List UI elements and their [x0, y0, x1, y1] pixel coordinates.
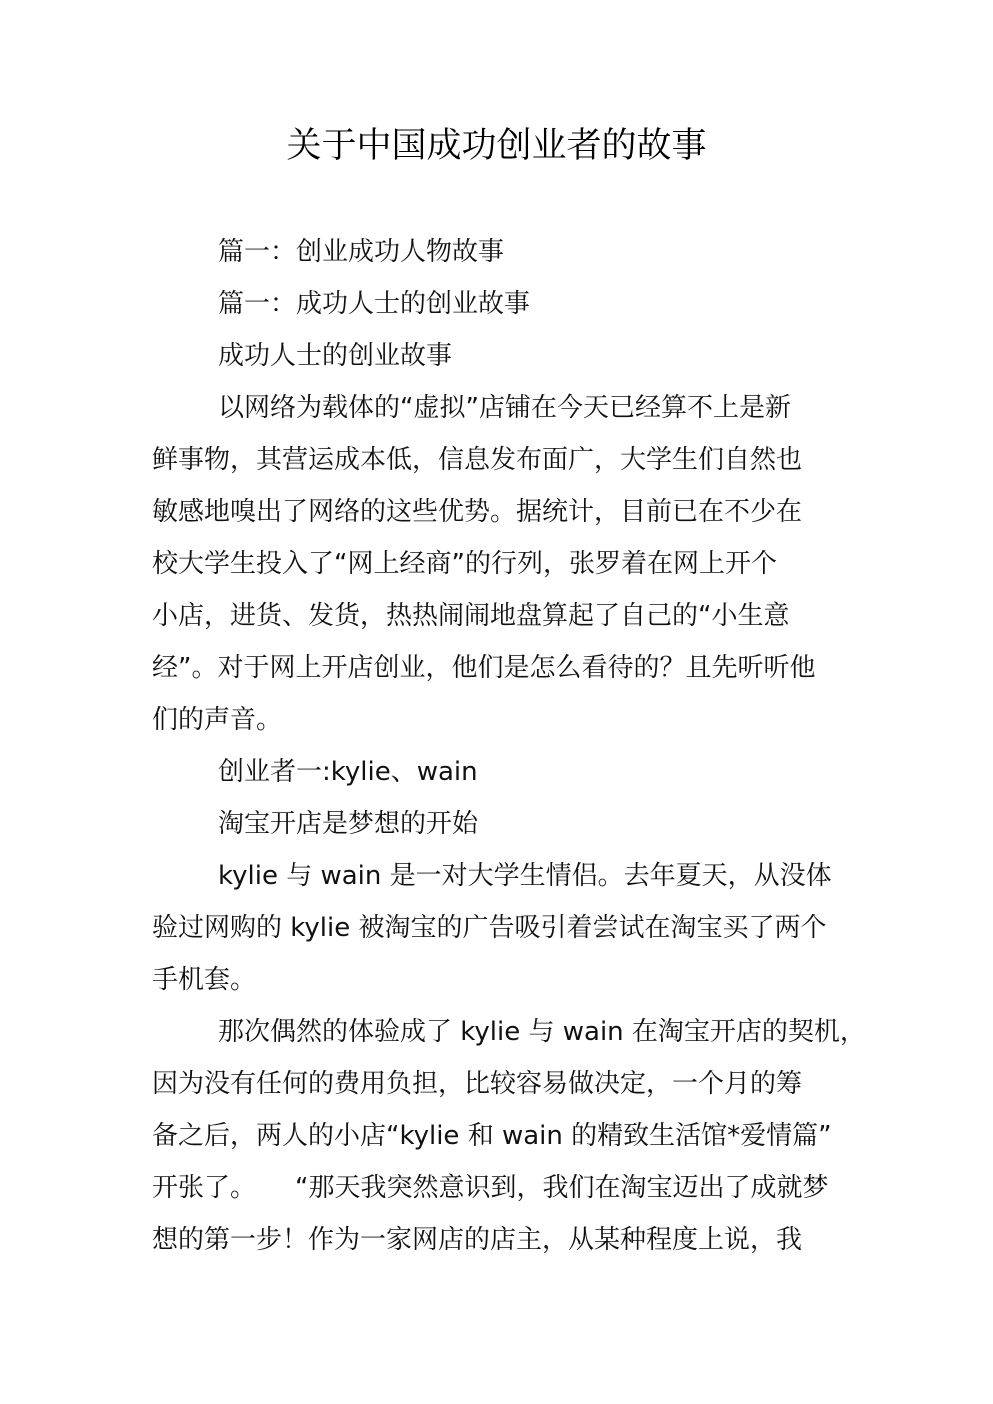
section-heading: 篇一：成功人士的创业故事 — [152, 278, 852, 330]
paragraph-line: 敏感地嗅出了网络的这些优势。据统计，目前已在不少在 — [152, 486, 852, 538]
section-subheading: 成功人士的创业故事 — [152, 330, 852, 382]
paragraph-line: 经”。对于网上开店创业，他们是怎么看待的？且先听听他 — [152, 642, 852, 694]
paragraph-line: 手机套。 — [152, 954, 852, 1006]
paragraph-line: 验过网购的 kylie 被淘宝的广告吸引着尝试在淘宝买了两个 — [152, 902, 852, 954]
paragraph-line: 那次偶然的体验成了 kylie 与 wain 在淘宝开店的契机， — [152, 1006, 852, 1058]
paragraph-line: 备之后，两人的小店“kylie 和 wain 的精致生活馆*爱情篇” — [152, 1110, 852, 1162]
paragraph-line: 们的声音。 — [152, 694, 852, 746]
paragraph-line: 开张了。 “那天我突然意识到，我们在淘宝迈出了成就梦 — [152, 1162, 852, 1214]
paragraph-line: 因为没有任何的费用负担，比较容易做决定，一个月的筹 — [152, 1058, 852, 1110]
paragraph-line: kylie 与 wain 是一对大学生情侣。去年夏天，从没体 — [152, 850, 852, 902]
document-title: 关于中国成功创业者的故事 — [0, 122, 993, 170]
document-body: 篇一：创业成功人物故事 篇一：成功人士的创业故事 成功人士的创业故事 以网络为载… — [152, 226, 852, 1266]
section-heading: 篇一：创业成功人物故事 — [152, 226, 852, 278]
entrepreneur-heading: 创业者一:kylie、wain — [152, 746, 852, 798]
paragraph-line: 鲜事物，其营运成本低，信息发布面广，大学生们自然也 — [152, 434, 852, 486]
paragraph-line: 以网络为载体的“虚拟”店铺在今天已经算不上是新 — [152, 382, 852, 434]
paragraph-line: 想的第一步！作为一家网店的店主，从某种程度上说，我 — [152, 1214, 852, 1266]
paragraph-line: 校大学生投入了“网上经商”的行列，张罗着在网上开个 — [152, 538, 852, 590]
story-subtitle: 淘宝开店是梦想的开始 — [152, 798, 852, 850]
paragraph-line: 小店，进货、发货，热热闹闹地盘算起了自己的“小生意 — [152, 590, 852, 642]
